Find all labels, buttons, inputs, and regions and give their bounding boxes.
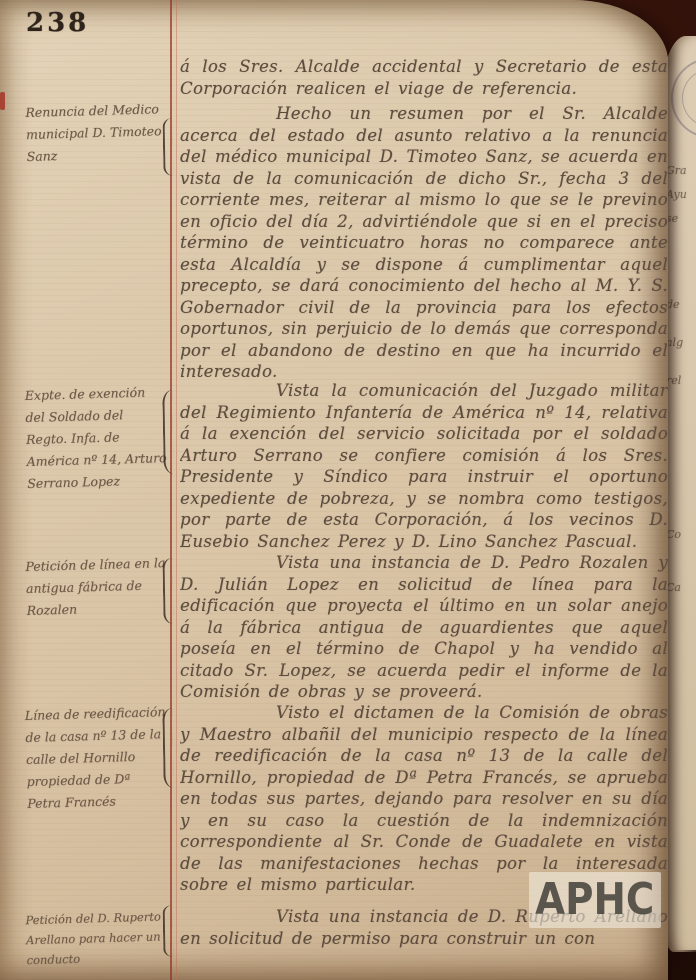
red-margin-rule-light (176, 0, 177, 980)
next-page-text-fragment: Gra (666, 164, 696, 177)
page-number: 238 (26, 8, 89, 38)
photographed-manuscript: { "page": { "number": "238" }, "watermar… (0, 0, 696, 980)
margin-note: Petición de línea en la antigua fábrica … (25, 552, 168, 622)
next-page-text-fragment: rel (666, 374, 696, 387)
ink-brace-mark (162, 708, 173, 788)
margin-note: Petición del D. Ruperto Arellano para ha… (25, 906, 185, 970)
archive-watermark: APHC (529, 872, 661, 928)
next-page-text-fragment: Ca (666, 581, 696, 594)
ink-brace-mark (162, 558, 173, 624)
ink-brace-mark (163, 905, 174, 957)
red-edge-mark (0, 92, 5, 110)
minute-entry: Vista la comunicación del Juzgado milita… (180, 380, 668, 552)
next-page-text-fragment: alg (666, 336, 696, 349)
next-page-text-fragment: de (666, 298, 696, 311)
backdrop-bottom-corner (672, 950, 696, 980)
circular-stamp (671, 58, 696, 138)
circular-stamp-inner-ring (682, 69, 696, 127)
archive-watermark-label: APHC (535, 878, 654, 922)
next-page-text-fragment: se (666, 212, 696, 225)
ink-brace-mark (162, 118, 173, 176)
next-page-text-fragment: Ayu (666, 188, 696, 201)
ink-brace-mark (162, 390, 173, 474)
minute-entry: Vista una instancia de D. Pedro Rozalen … (180, 552, 668, 702)
margin-note: Línea de reedificación de la casa nº 13 … (24, 701, 168, 815)
minute-entry: á los Sres. Alcalde accidental y Secreta… (180, 56, 668, 102)
next-page-text-fragment: Co (666, 528, 696, 541)
margin-note: Expte. de exención del Soldado del Regto… (24, 381, 168, 495)
margin-note: Renuncia del Medico municipal D. Timoteo… (25, 98, 168, 168)
manuscript-page: 238 Renuncia del Medico municipal D. Tim… (0, 0, 668, 980)
minute-entry: Hecho un resumen por el Sr. Alcalde acer… (180, 103, 668, 380)
